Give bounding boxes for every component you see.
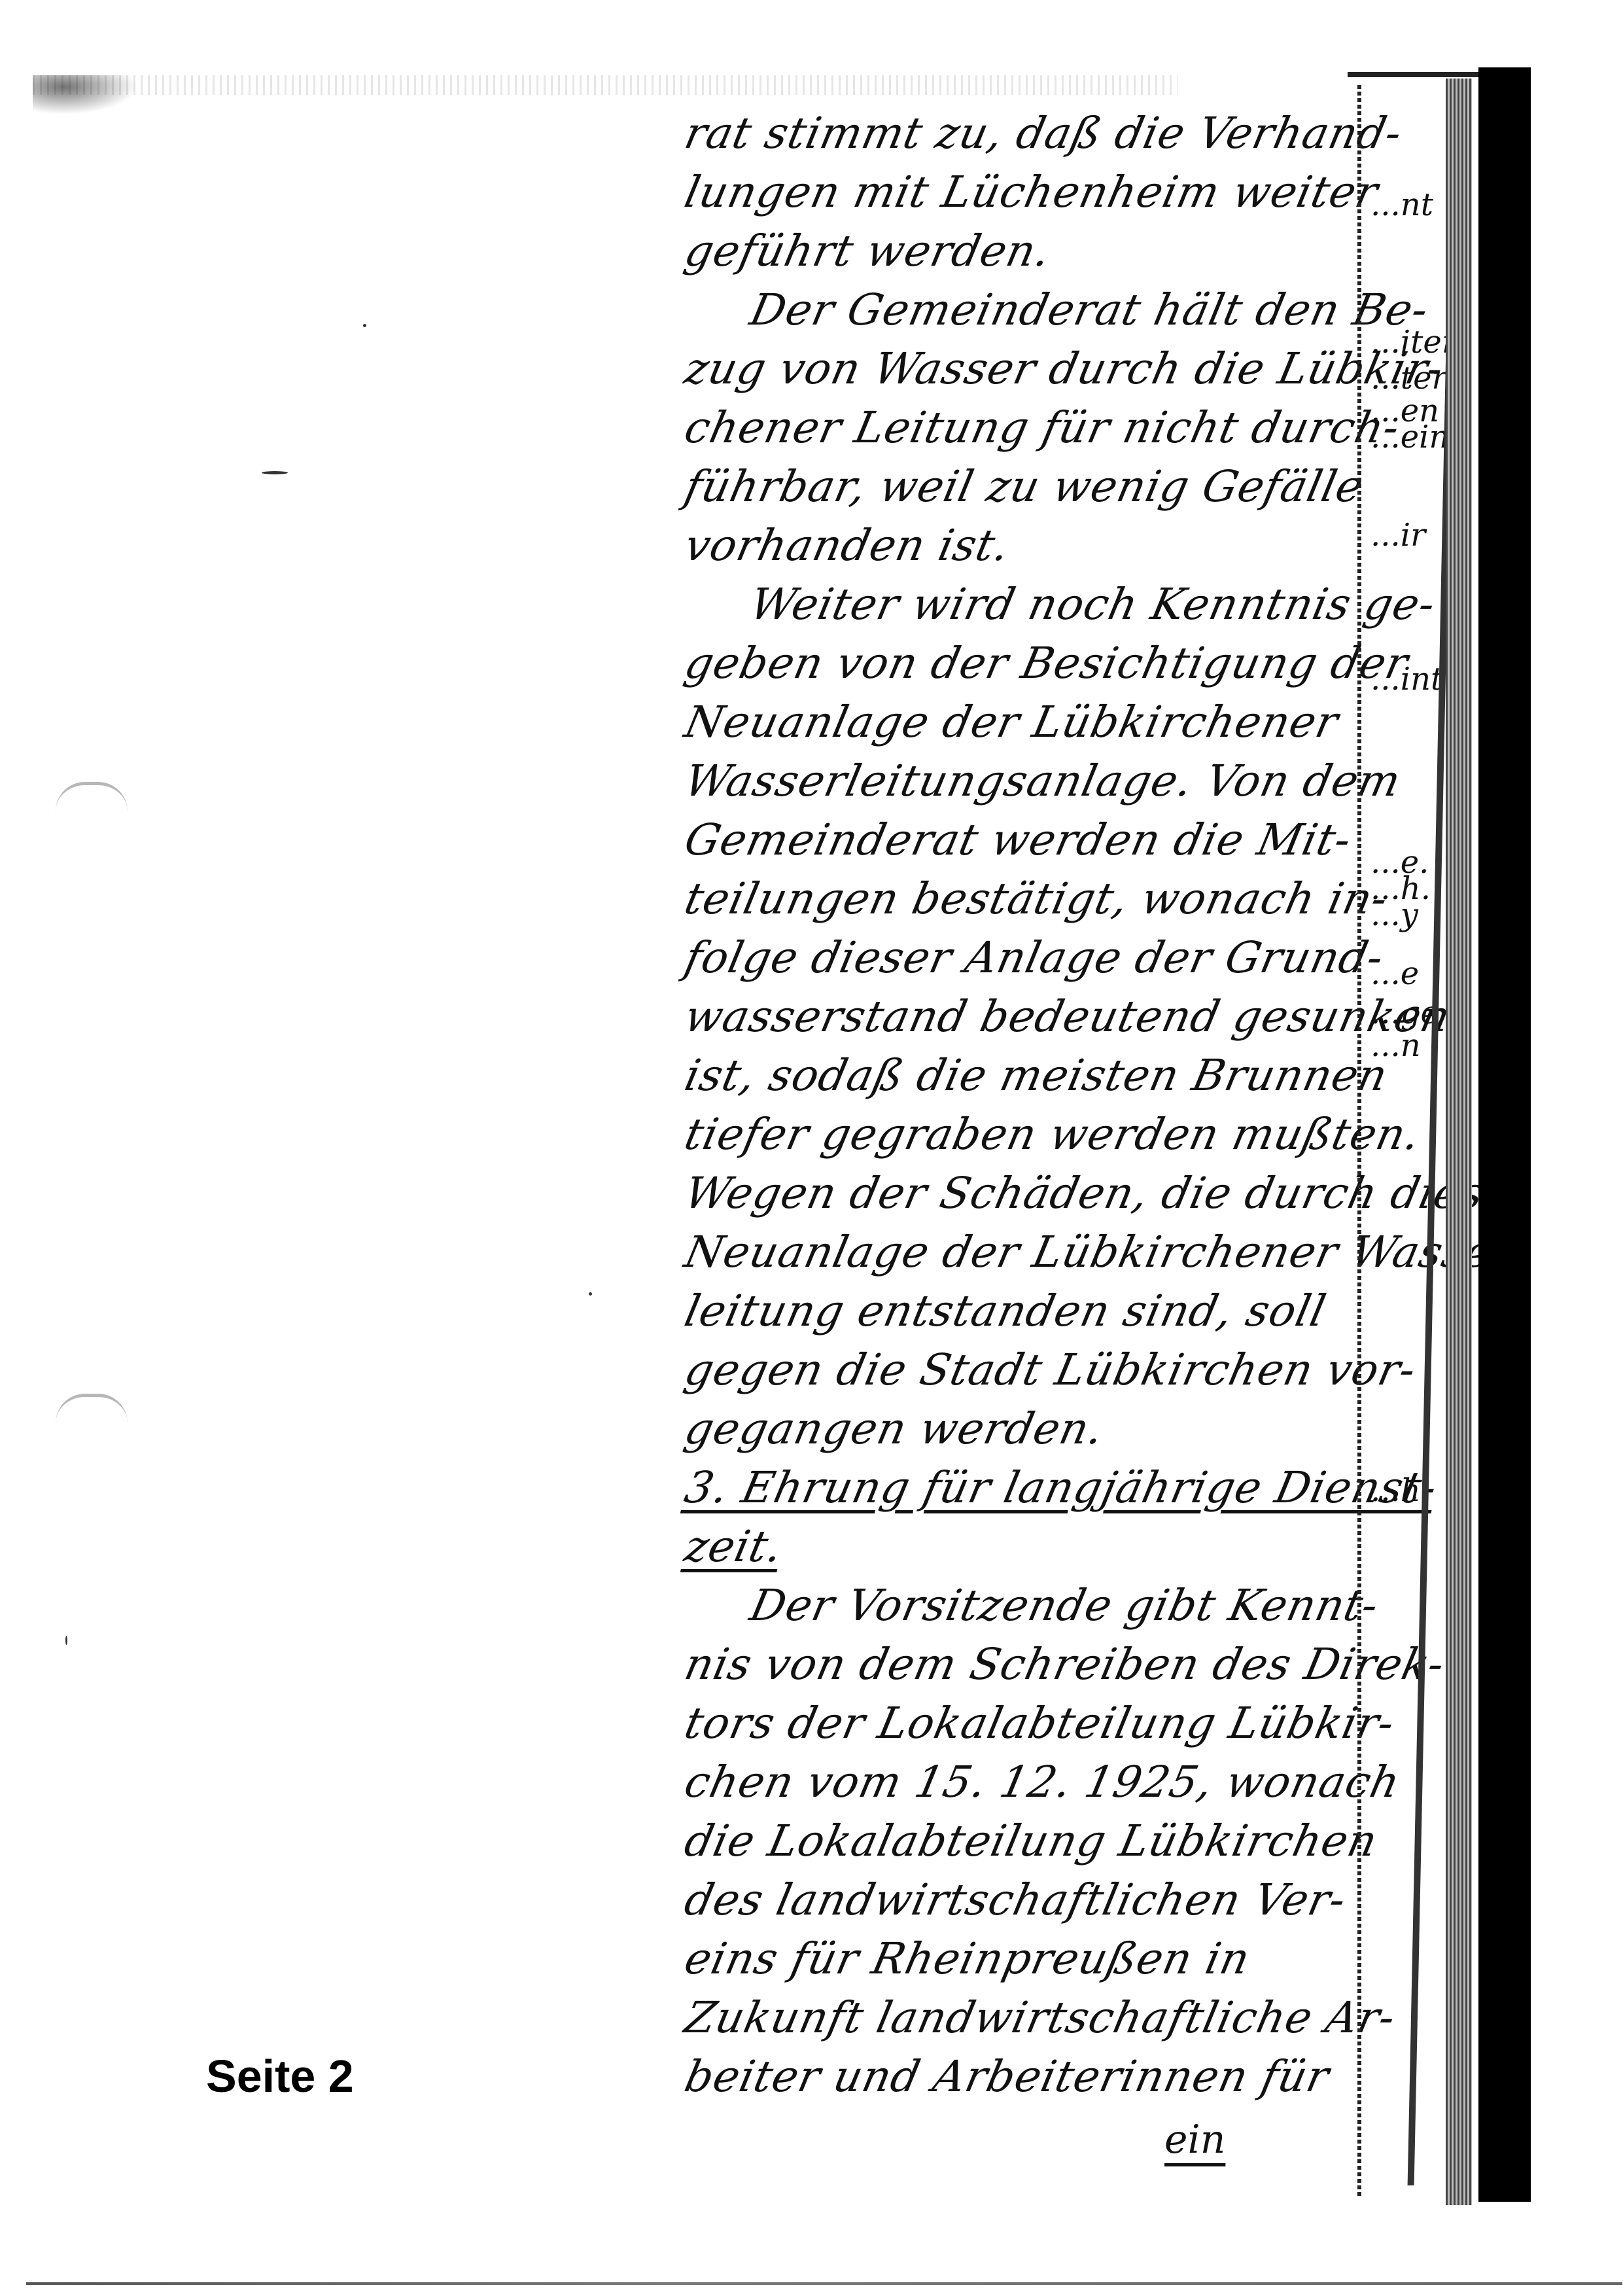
scan-artifact-corner (33, 75, 137, 115)
text-line: teilungen bestätigt, wonach in- (680, 874, 1393, 924)
text-line: geführt werden. (680, 226, 1055, 276)
section-heading: 3. Ehrung für langjährige Dienst- (680, 1462, 1442, 1513)
text-line: gegangen werden. (680, 1404, 1108, 1454)
text-line: die Lokalabteilung Lübkirchen (680, 1816, 1382, 1866)
text-line: Der Vorsitzende gibt Kennt- (746, 1580, 1383, 1631)
margin-fragment: ...ir (1370, 517, 1425, 554)
scan-artifact-top (33, 75, 1178, 95)
catchword: ein (1164, 2117, 1225, 2163)
margin-fragment: ...ge (1370, 995, 1439, 1031)
punch-hole-mark-upper (56, 782, 128, 811)
text-line: zug von Wasser durch die Lübkir- (680, 344, 1448, 394)
margin-fragment: ...ein (1370, 419, 1449, 455)
margin-fragment: ...e (1370, 955, 1419, 992)
text-line: lungen mit Lüchenheim weiter (680, 167, 1383, 217)
text-line: Weiter wird noch Kenntnis ge- (746, 579, 1440, 629)
margin-fragment: ...n (1370, 1027, 1421, 1064)
page-margin-rule (1357, 85, 1361, 2199)
text-line: führbar, weil zu wenig Gefälle (680, 461, 1368, 512)
text-line: beiter und Arbeiterinnen für (680, 2051, 1334, 2102)
section-heading-cont: zeit. (680, 1521, 788, 1572)
margin-fragment: ...ter (1370, 360, 1446, 397)
text-line: rat stimmt zu, daß die Verhand- (680, 108, 1406, 158)
scan-speck (363, 324, 366, 327)
text-line: tors der Lokalabteilung Lübkir- (680, 1698, 1399, 1748)
scan-speck (65, 1636, 67, 1645)
scan-speck (589, 1292, 592, 1296)
handwritten-page: rat stimmt zu, daß die Verhand- lungen m… (654, 95, 1361, 2202)
text-line: eins für Rheinpreußen in (680, 1934, 1255, 1984)
text-line-date: chen vom 15. 12. 1925, wonach (680, 1757, 1405, 1807)
text-line: Der Gemeinderat hält den Be- (746, 285, 1433, 335)
text-line: tiefer gegraben werden mußten. (680, 1109, 1425, 1159)
punch-hole-mark-lower (56, 1394, 128, 1423)
scan-speck (262, 471, 288, 474)
text-line: des landwirtschaftlichen Ver- (680, 1875, 1351, 1925)
page-label: Seite 2 (206, 2050, 354, 2102)
text-line: geben von der Besichtigung der (680, 638, 1413, 688)
book-page-stack (1446, 79, 1472, 2205)
margin-fragment: ...iter (1370, 324, 1457, 361)
text-line: Neuanlage der Lübkirchener (680, 697, 1343, 747)
text-line: Gemeinderat werden die Mit- (680, 815, 1356, 865)
margin-fragment: ...h (1370, 1472, 1421, 1509)
text-line: folge dieser Anlage der Grund- (680, 932, 1388, 983)
text-line: wasserstand bedeutend gesunken (680, 991, 1455, 1042)
book-spine-shadow (1478, 67, 1531, 2202)
text-line: vorhanden ist. (680, 520, 1015, 571)
scan-bottom-edge (26, 2282, 1622, 2285)
text-line: gegen die Stadt Lübkirchen vor- (680, 1345, 1421, 1395)
margin-fragment: ...y (1370, 896, 1418, 933)
text-line: leitung entstanden sind, soll (680, 1286, 1331, 1336)
text-line: Wasserleitungsanlage. Von dem (680, 756, 1405, 806)
facing-page-margin: ...nt ...iter ...ter ...en ...ein ...ir … (1364, 85, 1456, 2199)
margin-fragment: ...nt (1370, 186, 1433, 223)
text-line: ist, sodaß die meisten Brunnen (680, 1050, 1392, 1101)
text-line: Zukunft landwirtschaftliche Ar- (680, 1992, 1400, 2043)
text-line: chener Leitung für nicht durch- (680, 402, 1405, 453)
text-line: nis von dem Schreiben des Direk- (680, 1639, 1449, 1689)
